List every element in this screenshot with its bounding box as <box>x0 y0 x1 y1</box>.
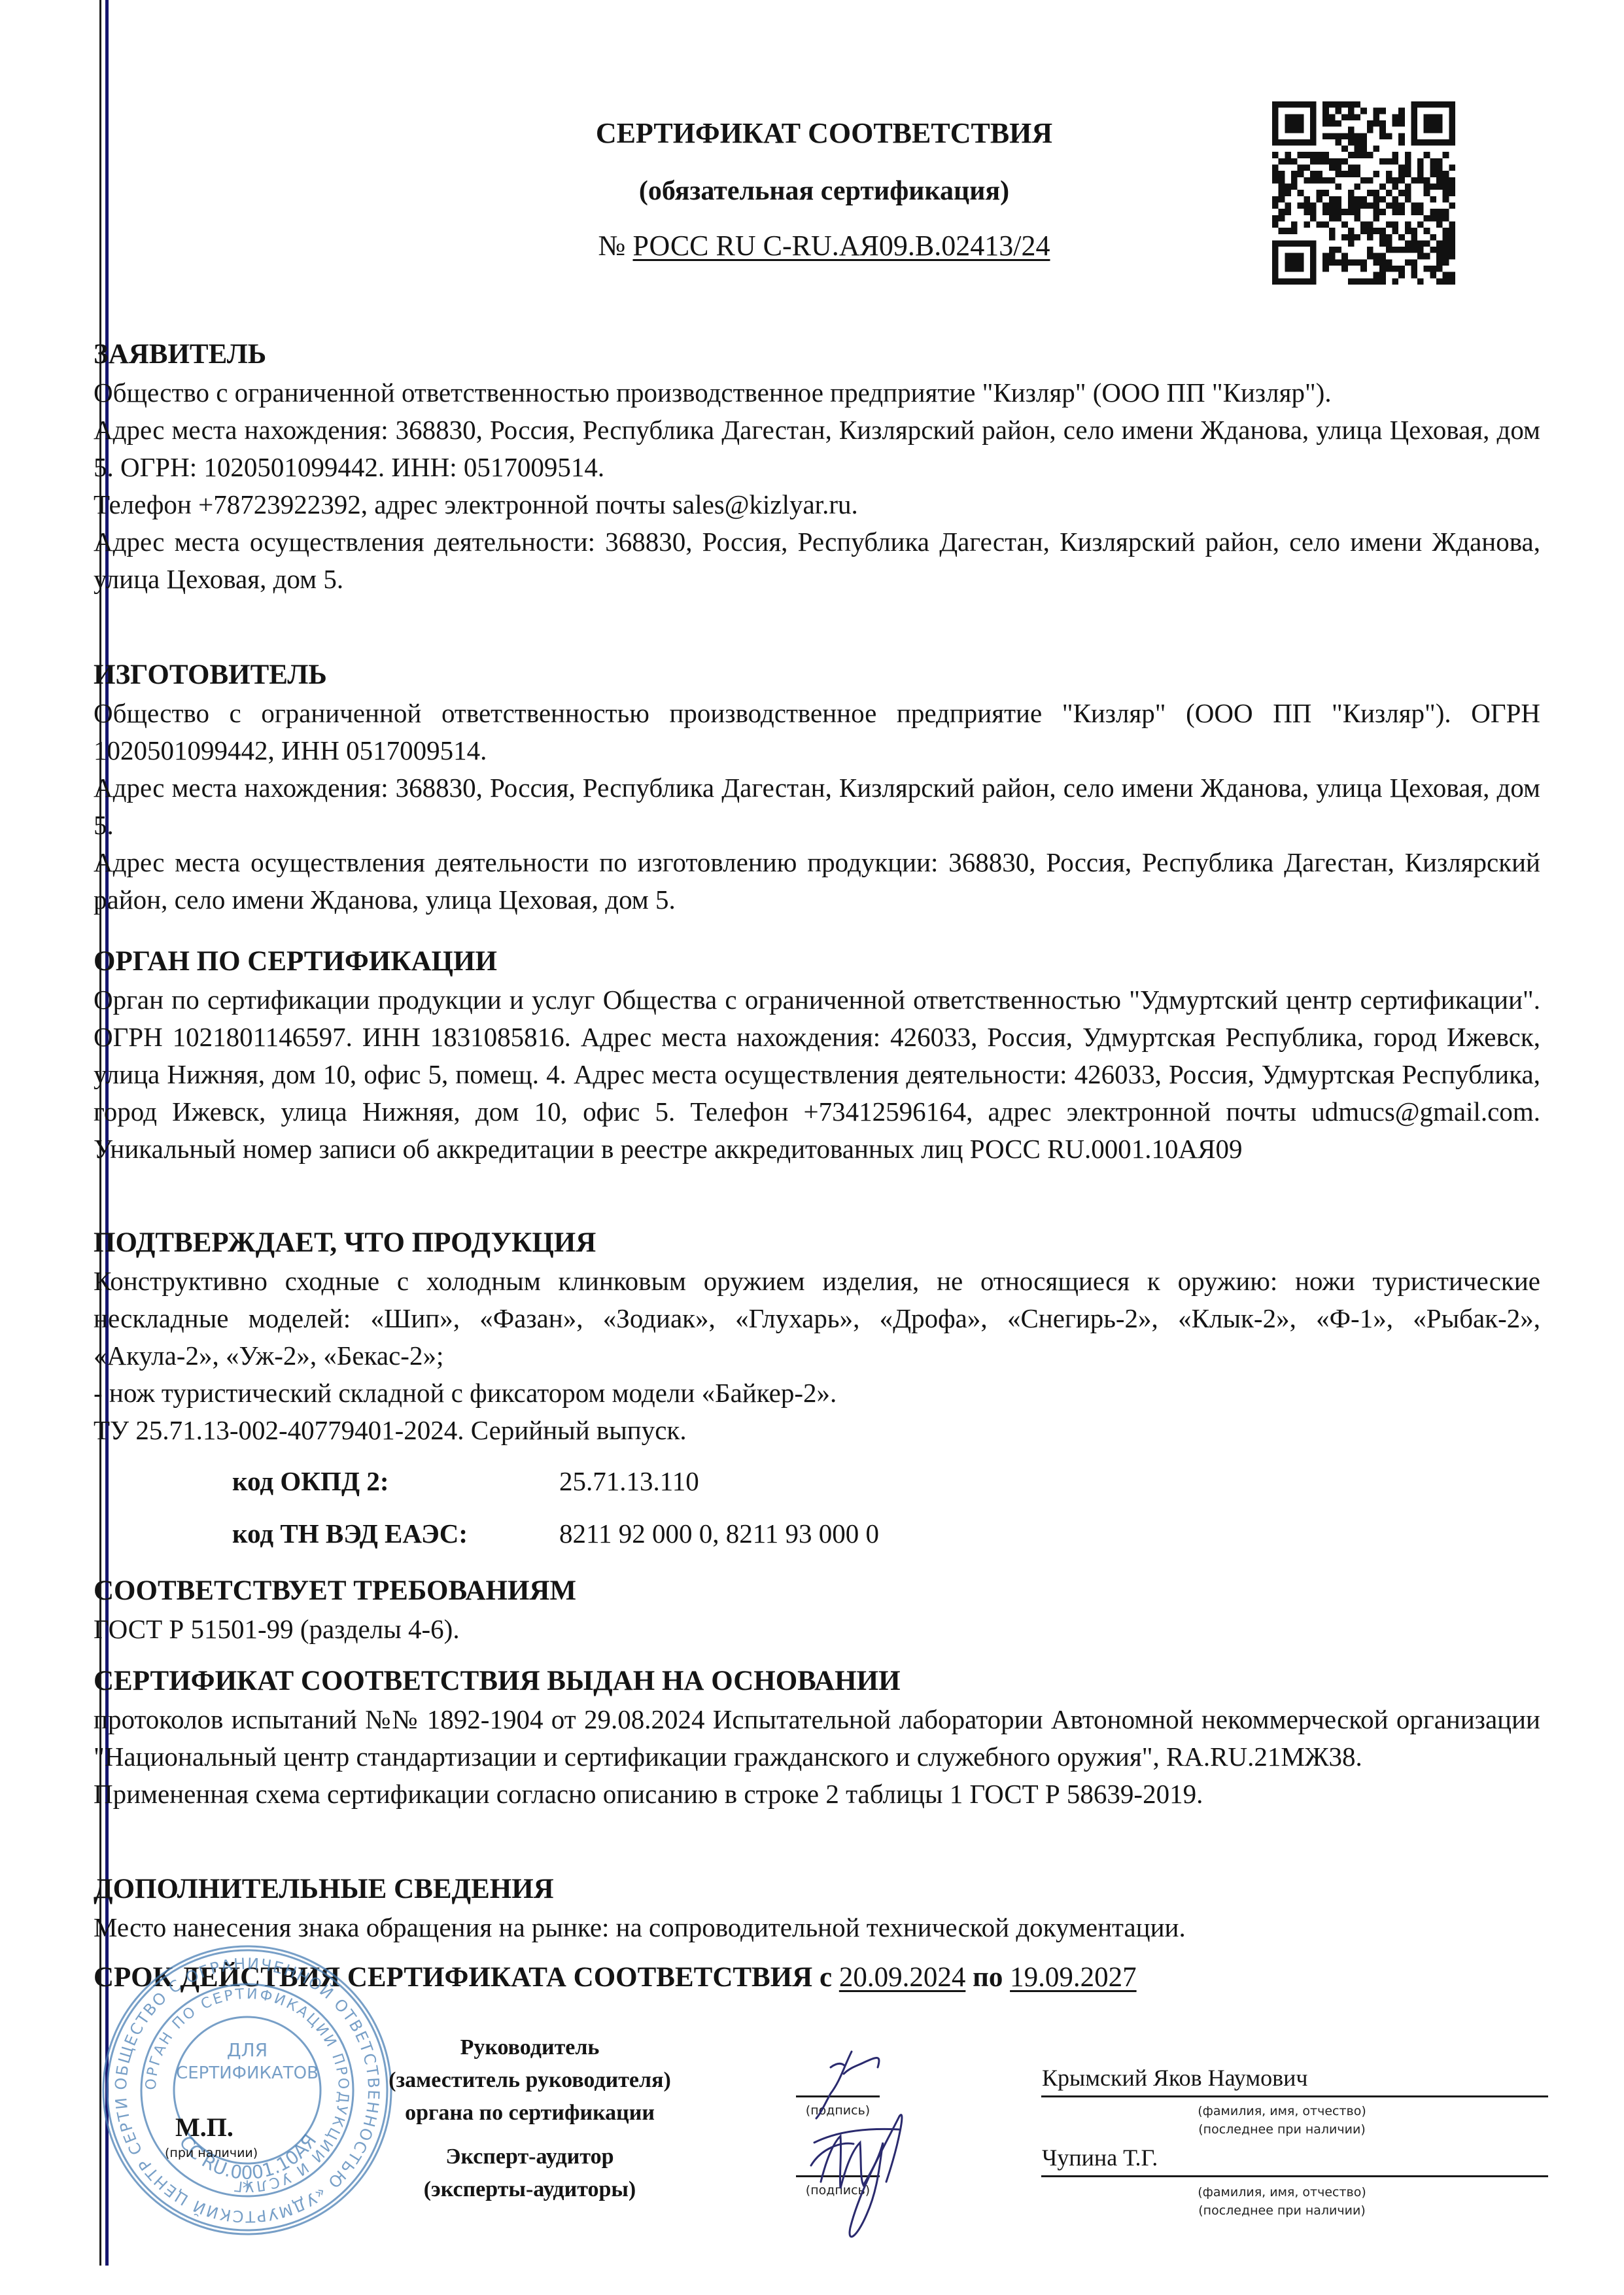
expert-signature-icon <box>801 2103 932 2254</box>
validity-from-date: 20.09.2024 <box>839 1962 966 1993</box>
head-label: Руководитель (заместитель руководителя) … <box>353 2031 706 2129</box>
product-heading: ПОДТВЕРЖДАЕТ, ЧТО ПРОДУКЦИЯ <box>94 1223 1540 1263</box>
caption-line: (последнее при наличии) <box>1164 2120 1400 2139</box>
head-name-caption: (фамилия, имя, отчество) (последнее при … <box>1164 2102 1400 2139</box>
certification-body-paragraph: Орган по сертификации продукции и услуг … <box>94 981 1540 1168</box>
caption-line: (последнее при наличии) <box>1164 2201 1400 2220</box>
code-label: код ТН ВЭД ЕАЭС: <box>232 1518 559 1549</box>
validity-to-date: 19.09.2027 <box>1010 1962 1137 1993</box>
stamp-mark-note: (при наличии) <box>165 2146 258 2160</box>
head-label-line: Руководитель <box>353 2031 706 2064</box>
code-label: код ОКПД 2: <box>232 1465 559 1497</box>
manufacturer-paragraph: Общество с ограниченной ответственностью… <box>94 695 1540 769</box>
basis-section: СЕРТИФИКАТ СООТВЕТСТВИЯ ВЫДАН НА ОСНОВАН… <box>94 1662 1540 1813</box>
seal-stamp-icon: ОБЩЕСТВО С ОГРАНИЧЕННОЙ ОТВЕТСТВЕННОСТЬЮ… <box>97 1940 398 2241</box>
number-prefix: № <box>598 230 626 262</box>
expert-name-caption: (фамилия, имя, отчество) (последнее при … <box>1164 2183 1400 2220</box>
code-value: 25.71.13.110 <box>559 1466 699 1496</box>
svg-text:СЕРТИФИКАТОВ: СЕРТИФИКАТОВ <box>176 2063 319 2083</box>
svg-text:*: * <box>243 2177 252 2200</box>
manufacturer-heading: ИЗГОТОВИТЕЛЬ <box>94 656 1540 695</box>
product-section: ПОДТВЕРЖДАЕТ, ЧТО ПРОДУКЦИЯ Конструктивн… <box>94 1223 1540 1449</box>
requirements-section: СООТВЕТСТВУЕТ ТРЕБОВАНИЯМ ГОСТ Р 51501-9… <box>94 1571 1540 1648</box>
svg-text:ДЛЯ: ДЛЯ <box>227 2039 268 2061</box>
product-paragraph: ТУ 25.71.13-002-40779401-2024. Серийный … <box>94 1412 1540 1449</box>
head-label-line: (заместитель руководителя) <box>353 2064 706 2097</box>
expert-label-line: (эксперты-аудиторы) <box>353 2173 706 2206</box>
expert-label: Эксперт-аудитор (эксперты-аудиторы) <box>353 2141 706 2206</box>
expert-label-line: Эксперт-аудитор <box>353 2141 706 2173</box>
code-row-tnved: код ТН ВЭД ЕАЭС:8211 92 000 0, 8211 93 0… <box>232 1518 879 1549</box>
additional-heading: ДОПОЛНИТЕЛЬНЫЕ СВЕДЕНИЯ <box>94 1870 1540 1909</box>
stamp-mark-label: М.П. <box>175 2112 233 2143</box>
applicant-heading: ЗАЯВИТЕЛЬ <box>94 335 1540 374</box>
head-label-line: органа по сертификации <box>353 2097 706 2129</box>
number-value: РОСС RU С-RU.АЯ09.В.02413/24 <box>633 230 1050 262</box>
code-row-okpd: код ОКПД 2:25.71.13.110 <box>232 1465 699 1497</box>
basis-paragraph: протоколов испытаний №№ 1892-1904 от 29.… <box>94 1701 1540 1776</box>
certificate-number: № РОСС RU С-RU.АЯ09.В.02413/24 <box>562 229 1086 262</box>
qr-code-icon <box>1272 101 1455 285</box>
manufacturer-section: ИЗГОТОВИТЕЛЬ Общество с ограниченной отв… <box>94 656 1540 919</box>
basis-paragraph: Примененная схема сертификации согласно … <box>94 1776 1540 1813</box>
head-name: Крымский Яков Наумович <box>1042 2064 1307 2092</box>
certification-body-section: ОРГАН ПО СЕРТИФИКАЦИИ Орган по сертифика… <box>94 942 1540 1168</box>
validity-from-word: с <box>820 1962 832 1993</box>
certificate-subtitle: (обязательная сертификация) <box>562 175 1086 207</box>
applicant-paragraph: Адрес места осуществления деятельности: … <box>94 523 1540 598</box>
certification-body-heading: ОРГАН ПО СЕРТИФИКАЦИИ <box>94 942 1540 981</box>
caption-line: (фамилия, имя, отчество) <box>1164 2102 1400 2120</box>
manufacturer-paragraph: Адрес места осуществления деятельности п… <box>94 844 1540 919</box>
basis-heading: СЕРТИФИКАТ СООТВЕТСТВИЯ ВЫДАН НА ОСНОВАН… <box>94 1662 1540 1701</box>
additional-section: ДОПОЛНИТЕЛЬНЫЕ СВЕДЕНИЯ Место нанесения … <box>94 1870 1540 1946</box>
head-name-line <box>1041 2095 1548 2097</box>
caption-line: (фамилия, имя, отчество) <box>1164 2183 1400 2201</box>
requirements-heading: СООТВЕТСТВУЕТ ТРЕБОВАНИЯМ <box>94 1571 1540 1611</box>
code-value: 8211 92 000 0, 8211 93 000 0 <box>559 1518 879 1549</box>
product-paragraph: - нож туристический складной с фиксаторо… <box>94 1375 1540 1412</box>
manufacturer-paragraph: Адрес места нахождения: 368830, Россия, … <box>94 769 1540 844</box>
product-paragraph: Конструктивно сходные с холодным клинков… <box>94 1263 1540 1375</box>
applicant-paragraph: Общество с ограниченной ответственностью… <box>94 374 1540 412</box>
applicant-section: ЗАЯВИТЕЛЬ Общество с ограниченной ответс… <box>94 335 1540 598</box>
applicant-paragraph: Адрес места нахождения: 368830, Россия, … <box>94 412 1540 486</box>
requirements-paragraph: ГОСТ Р 51501-99 (разделы 4-6). <box>94 1611 1540 1648</box>
certificate-title: СЕРТИФИКАТ СООТВЕТСТВИЯ <box>562 116 1086 150</box>
applicant-paragraph: Телефон +78723922392, адрес электронной … <box>94 486 1540 523</box>
expert-name: Чупина Т.Г. <box>1042 2144 1158 2171</box>
expert-name-line <box>1041 2175 1548 2177</box>
validity-to-word: по <box>973 1962 1003 1993</box>
